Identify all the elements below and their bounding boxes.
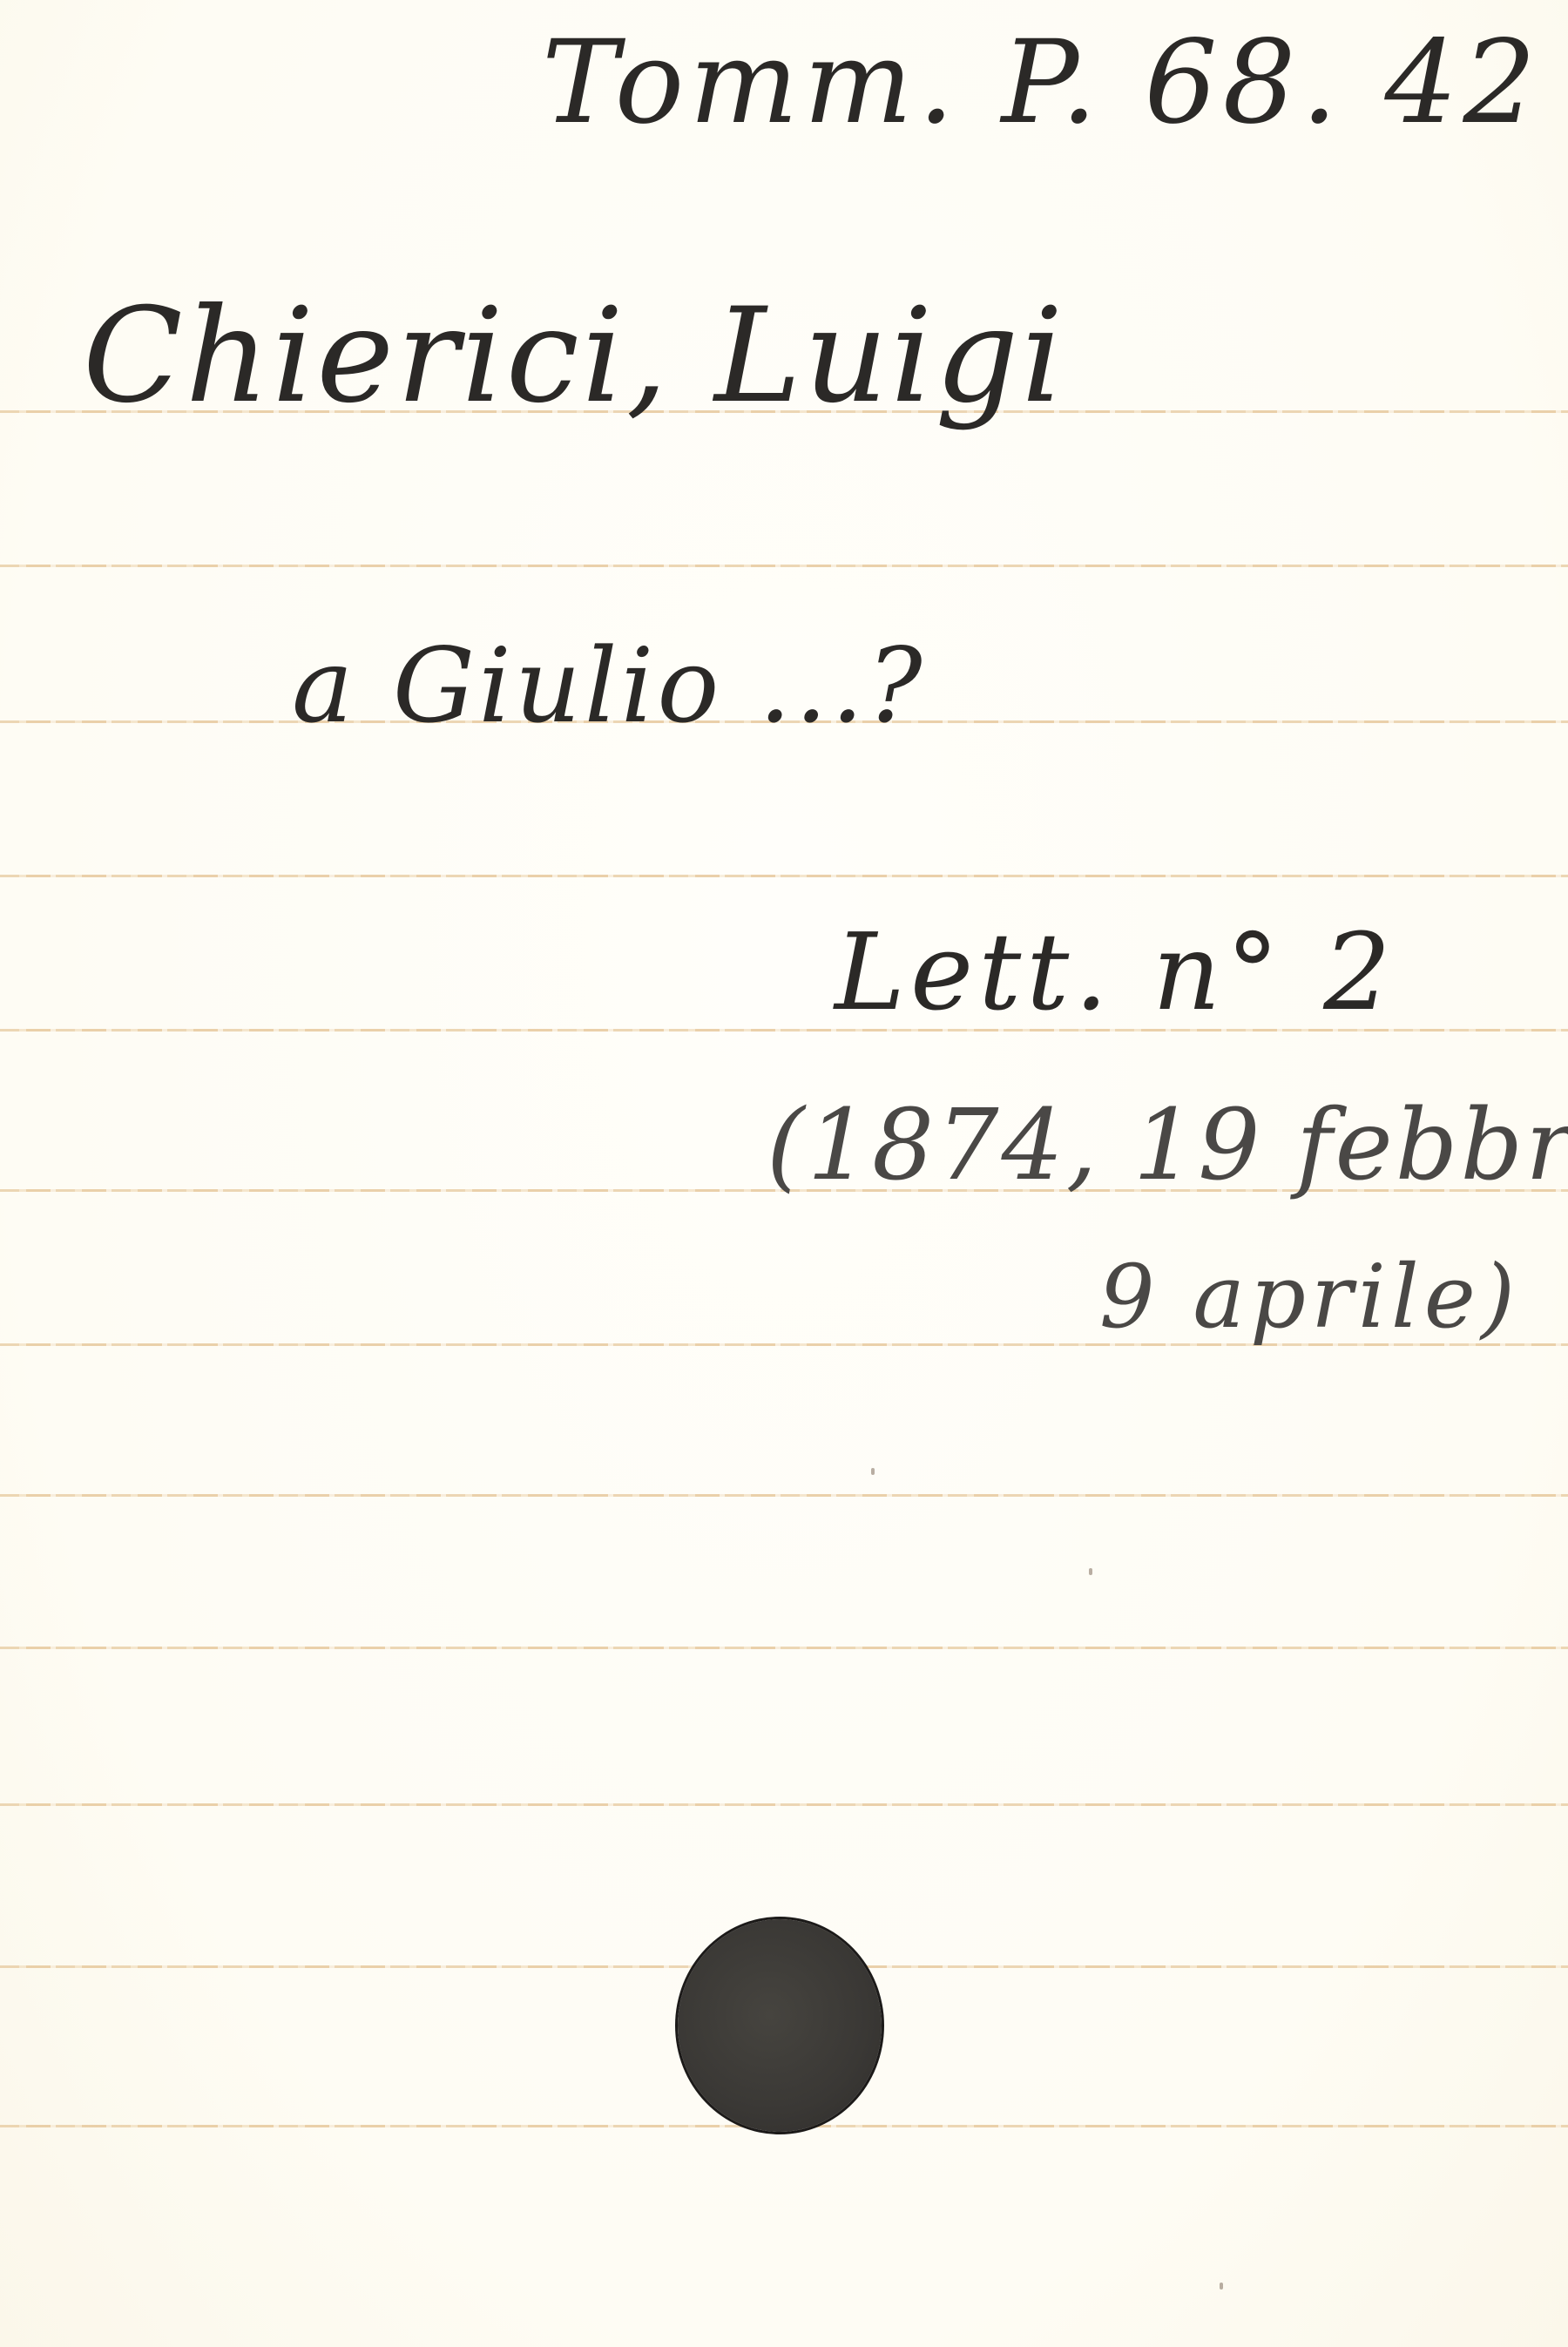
ruled-line [0,565,1568,567]
catalog-card: Tomm. P. 68. 42 Chierici, Luigi a Giulio… [0,0,1568,2347]
paper-speck [1220,2283,1223,2290]
recipient: a Giulio ...? [292,626,926,746]
author-name: Chierici, Luigi [83,281,1065,432]
punch-hole [678,1919,882,2132]
ruled-line [0,1647,1568,1649]
paper-speck [1089,1568,1092,1575]
dates-line-1: (1874, 19 febbr., [767,1089,1568,1202]
ruled-line [0,875,1568,877]
ruled-line [0,1803,1568,1806]
dates-line-2: 9 aprile) [1099,1246,1520,1348]
paper-speck [871,1468,875,1475]
ruled-line [0,1494,1568,1497]
shelfmark: Tomm. P. 68. 42 [542,16,1541,150]
letters-count: Lett. n° 2 [835,910,1396,1034]
